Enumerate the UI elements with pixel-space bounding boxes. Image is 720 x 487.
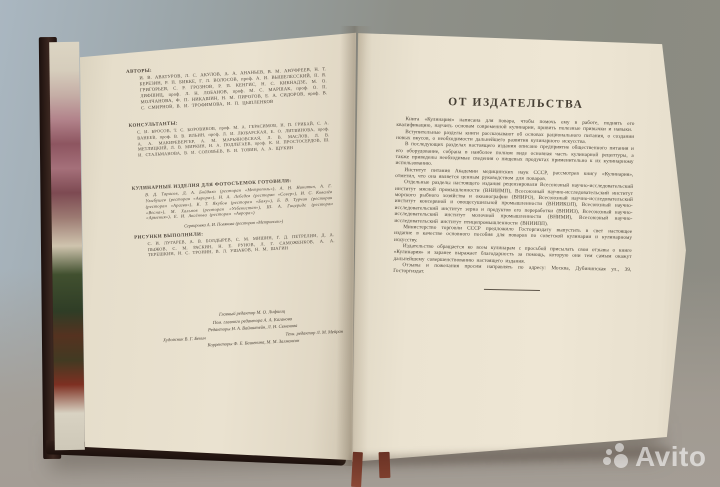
right-page-text: ОТ ИЗДАТЕЛЬСТВА Книга «Кулинария» написа… — [393, 95, 635, 293]
avito-watermark: Avito — [602, 442, 706, 472]
bookmark-ribbon-1 — [351, 452, 363, 487]
bookmark-ribbon-2 — [379, 452, 391, 478]
avito-logo-icon — [602, 442, 630, 472]
drawings-section: РИСУНКИ ВЫПОЛНИЛИ: С. И. ЛУГАРЕВ, А. В. … — [134, 226, 335, 259]
book-photo-scene: АВТОРЫ: И. В. АВАТУРОВ, Л. С. АКУЛОВ, А.… — [0, 0, 720, 487]
book-gutter-shadow — [336, 26, 373, 466]
avito-watermark-label: Avito — [635, 442, 706, 472]
color-plate-food-photo-edge — [49, 42, 85, 450]
left-page-text: АВТОРЫ: И. В. АВАТУРОВ, Л. С. АКУЛОВ, А.… — [126, 60, 340, 352]
publisher-paragraph: Отдельные разделы настоящего издания рец… — [394, 179, 633, 228]
authors-section: АВТОРЫ: И. В. АВАТУРОВ, Л. С. АКУЛОВ, А.… — [126, 60, 328, 111]
consultants-section: КОНСУЛЬТАНТЫ: С. И. БРОСОВ, Т. С. БОРОВИ… — [129, 115, 330, 159]
photo-dishes-section: КУЛИНАРНЫЕ ИЗДЕЛИЯ ДЛЯ ФОТОСЪЕМОК ГОТОВИ… — [132, 177, 334, 230]
